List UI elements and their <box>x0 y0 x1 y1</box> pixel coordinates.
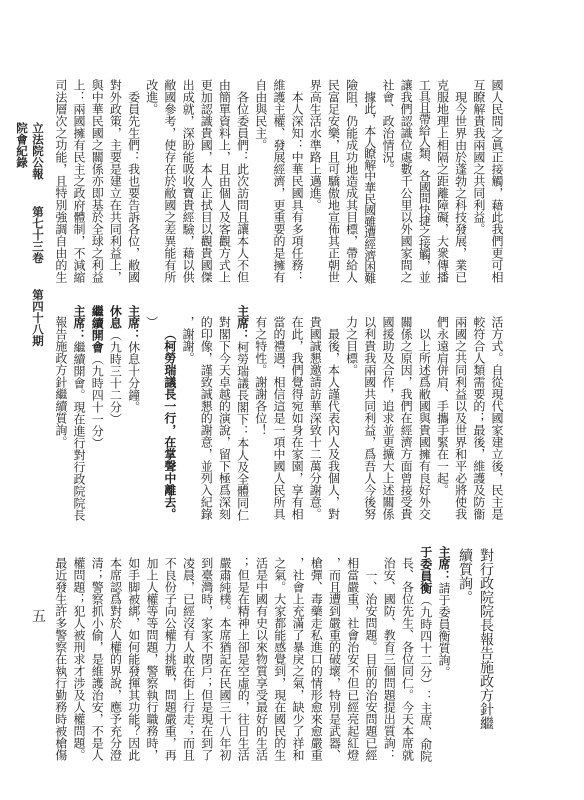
text-column: 據此，本人瞭解中華民國雖遭經濟困難 <box>361 79 379 283</box>
speech-text: （九時四十二分）：主席、俞院 <box>419 594 433 762</box>
text-column: 最近發生許多警察在執行勤務時被槍傷 <box>52 557 70 761</box>
text-column: 互瞭解貴我兩國之共同利益。 <box>470 79 488 283</box>
text-column: 如手脚被綁，如何能發揮其功能？因此 <box>125 557 143 761</box>
text-column: ，社會上充滿了暴戾之氣，缺少了祥和 <box>289 557 307 761</box>
speech-text: 柯勞瑞議長閣下：本人及全體同仁 <box>236 341 250 521</box>
section-title-line-2: 續質詢。 <box>454 548 475 758</box>
text-column: 當的禮遇，相信這是一項中國人民所具 <box>270 316 288 520</box>
text-column: 相當嚴重，社會治安不但已經亮起紅燈 <box>344 557 362 761</box>
speaker-line: 主席：柯勞瑞議長閣下：本人及全體同仁 <box>233 305 251 509</box>
text-column: 本席認爲對於人權的界說，應予充分澄 <box>106 557 124 761</box>
page-number: 五 <box>32 606 46 626</box>
text-column: 活方式。自從現代國家建立後，民主是 <box>488 316 506 520</box>
resume-time: （九時四十一分） <box>90 353 104 449</box>
text-column: 險阻，仍能成功地造成其目標，帶給人 <box>342 79 360 283</box>
text-column: 貴國誠懇邀請訪華深致十二萬分謝意。 <box>306 316 324 520</box>
issue-number: 第四十八期 <box>31 289 45 347</box>
speech-text: 休息十分鐘。 <box>127 341 141 413</box>
running-footer: 立法院公報 第七十三卷 第四十八期 院會紀錄 <box>30 122 46 382</box>
recess-time: （九時三十二分） <box>108 329 122 425</box>
text-column: 對外政策，主要是建立在共同利益上， <box>106 79 124 283</box>
text-column: 權問題；犯人被刑求才涉及人權問題。 <box>70 557 88 761</box>
text-column: 凌晨，已經沒有人敢在街上行走；而且 <box>179 557 197 761</box>
speaker-line: 主席：繼續開會。現在進行對行政院院長 <box>70 305 88 509</box>
text-column: 國援助及合作，追求並更擴大上述關係 <box>379 316 397 520</box>
text-column: 活是中國有史以來物質享受最好的生活 <box>252 557 270 761</box>
text-column: 之氣。大家都能感覺到，現在國民的生 <box>271 557 289 761</box>
speaker-label: 主席： <box>236 305 250 341</box>
middle-text-section: 活方式。自從現代國家建立後，民主是 較符合人類需要的；最後，維護及防衞 兩國之共… <box>51 316 506 520</box>
text-column: 嚴肅純樸。本席猶記在民國三十八年初 <box>216 557 234 761</box>
resume-line: 繼續開會（九時四十一分） <box>88 305 106 509</box>
lower-text-section: 主席：請于委員衡質詢。 于委員衡（九時四十二分）：主席、俞院 長、各位先生、各位… <box>51 557 453 761</box>
publication-name: 立法院公報 <box>31 122 45 180</box>
text-column: 各位委員們：此次訪問且讓本人不但 <box>233 79 251 283</box>
text-column: ，而且遭到嚴重的破壞，特別是武器、 <box>325 557 343 761</box>
speaker-label: 主席： <box>127 305 141 341</box>
text-column: 工具且帶給人類、各國間快捷之接觸，並 <box>415 79 433 283</box>
text-column: 一、治安問題。目前的治安問題已經 <box>362 557 380 761</box>
text-column: 由簡單資料上，且由個人及客觀方式上 <box>215 79 233 283</box>
text-column: 兩國之共同利益以及世界和平必將使我 <box>451 316 469 520</box>
speech-text: 繼續開會。現在進行對行政院院長 <box>72 341 86 521</box>
speech-text: 請于委員衡質詢。 <box>437 582 451 678</box>
text-column: 有之特性。謝謝各位！ <box>252 316 270 520</box>
text-column: 加上人權等等問題，警察執行職務時， <box>143 557 161 761</box>
text-column: 民富足安樂，且可驕傲地宣佈其正朝世 <box>324 79 342 283</box>
section-title: 對行政院院長報告施政方針繼 續質詢。 <box>454 548 496 758</box>
text-column: 清；警察抓小偷，是維護治安，不是人 <box>88 557 106 761</box>
recess-line: 休息（九時三十二分） <box>106 305 124 509</box>
text-column: ，謝謝。 <box>179 316 197 520</box>
text-column: 界高生活水準路上邁進。 <box>306 79 324 283</box>
text-column: 改進。 <box>143 79 161 283</box>
resume-label: 繼續開會 <box>90 305 104 353</box>
speaker-label: 主席： <box>72 305 86 341</box>
text-column: 在此，我們覺得宛如身在家園，享有相 <box>288 316 306 520</box>
speaker-line: 主席：休息十分鐘。 <box>124 305 142 509</box>
text-column: 現今世界由於蓬勃之科技發展，業已 <box>451 79 469 283</box>
speaker-label: 主席： <box>437 546 451 582</box>
text-column: ） <box>143 316 161 520</box>
text-column: 最後，本人謹代表內人及我個人，對 <box>324 316 342 520</box>
text-column: ；但是在精神上卻是空虛的，往日生活 <box>234 557 252 761</box>
text-column: 對閣下今天卓越的演說，留下極爲深刻 <box>215 316 233 520</box>
text-column: 委員先生們：我也要告訴各位，敝國 <box>124 79 142 283</box>
text-column: 國人民間之眞正接觸，藉此我們更可相 <box>488 79 506 283</box>
text-column: 以利貴我兩國共同利益，爲吾人今後努 <box>361 316 379 520</box>
section-title-line-1: 對行政院院長報告施政方針繼 <box>475 548 496 758</box>
recess-label: 休息 <box>108 305 122 329</box>
text-column: 以上所述爲敝國與貴國擁有良好外交 <box>415 316 433 520</box>
text-column: 報告施政方針繼續質詢。 <box>52 316 70 520</box>
text-column: 不良份子向公權力挑戰，問題嚴重，再 <box>161 557 179 761</box>
upper-text-section: 國人民間之眞正接觸，藉此我們更可相 互瞭解貴我兩國之共同利益。 現今世界由於蓬勃… <box>51 79 506 283</box>
text-column: 讓我們認識位處數千公里以外國家間之 <box>397 79 415 283</box>
text-column: 槍彈、毒藥走私進口的情形愈來愈嚴重 <box>307 557 325 761</box>
text-column: 克服地理上相隔之距離障礙，大衆傳播 <box>433 79 451 283</box>
speaker-label: 于委員衡 <box>419 546 433 594</box>
volume-number: 第七十三卷 <box>31 206 45 264</box>
text-column: 社會、政治情況。 <box>379 79 397 283</box>
text-column: 長、各位先生、各位同仁。今天本席就 <box>398 557 416 761</box>
stage-direction: （柯勞瑞議長一行，在掌聲中離去。 <box>161 316 179 520</box>
text-column: 敝國參考，使存在於敝國之差異能有所 <box>161 79 179 283</box>
text-column: 維護主權、發展經濟，更重要的是擁有 <box>270 79 288 283</box>
speaker-line: 主席：請于委員衡質詢。 <box>435 546 453 750</box>
text-column: 自由與民主。 <box>252 79 270 283</box>
text-column: 更加認識貴國，本人正拭目以觀貴國傑 <box>197 79 215 283</box>
speaker-line: 于委員衡（九時四十二分）：主席、俞院 <box>417 546 435 750</box>
text-column: 出成就，深盼能吸收寶貴經驗，藉以供 <box>179 79 197 283</box>
text-column: 的印像，謹致誠懇的謝意，並列入紀錄 <box>197 316 215 520</box>
text-column: 到臺灣時，家家不閉戶；但是現在到了 <box>198 557 216 761</box>
text-column: 較符合人類需要的；最後，維護及防衞 <box>470 316 488 520</box>
text-column: 司法層次之功能，且特別強調自由的生 <box>52 79 70 283</box>
text-column: 本人深知：中華民國具有多項任務： <box>288 79 306 283</box>
text-column: 力之目標。 <box>342 316 360 520</box>
text-column: 關係之原因，我們在經濟方面曾接受貴 <box>397 316 415 520</box>
text-column: 上：兩國擁有民主之政府體制，不減縮 <box>70 79 88 283</box>
text-column: 與中華民國之關係亦即基於全球之利益 <box>88 79 106 283</box>
text-column: 們永遠肩併肩、手攜手緊在一起。 <box>433 316 451 520</box>
section-name: 院會紀錄 <box>15 122 29 168</box>
text-column: 治安、國防、教育三個問題提出質詢： <box>380 557 398 761</box>
